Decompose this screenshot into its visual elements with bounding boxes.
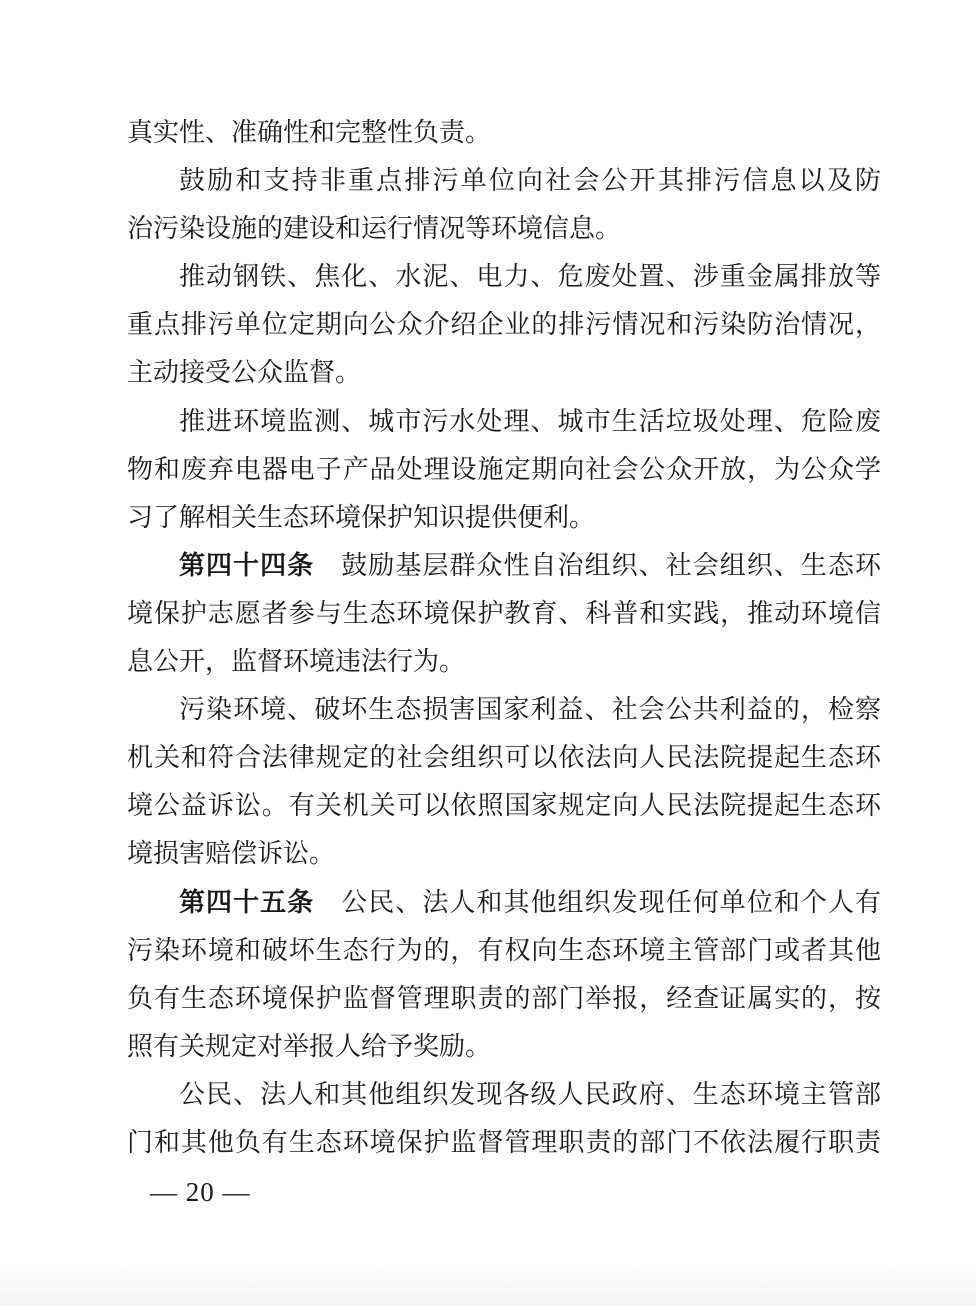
text-line: 重点排污单位定期向公众介绍企业的排污情况和污染防治情况，: [127, 301, 881, 349]
text-line: 物和废弃电器电子产品处理设施定期向社会公众开放，为公众学: [127, 446, 881, 494]
text-line: 境保护志愿者参与生态环境保护教育、科普和实践，推动环境信: [127, 590, 881, 638]
article-44-text: 鼓励基层群众性自治组织、社会组织、生态环: [314, 551, 881, 580]
text-line: 境公益诉讼。有关机关可以依照国家规定向人民法院提起生态环: [127, 782, 881, 830]
document-page: 真实性、准确性和完整性负责。 鼓励和支持非重点排污单位向社会公开其排污信息以及防…: [0, 0, 976, 1306]
text-line: 息公开，监督环境违法行为。: [127, 638, 881, 686]
text-line: 鼓励和支持非重点排污单位向社会公开其排污信息以及防: [127, 157, 881, 205]
article-45-text: 公民、法人和其他组织发现任何单位和个人有: [314, 888, 881, 917]
text-line: 境损害赔偿诉讼。: [127, 830, 881, 878]
text-line: 真实性、准确性和完整性负责。: [127, 109, 881, 157]
text-line: 机关和符合法律规定的社会组织可以依法向人民法院提起生态环: [127, 734, 881, 782]
text-line: 污染环境、破坏生态损害国家利益、社会公共利益的，检察: [127, 686, 881, 734]
article-44-opening-line: 第四十四条 鼓励基层群众性自治组织、社会组织、生态环: [127, 542, 881, 590]
document-body: 真实性、准确性和完整性负责。 鼓励和支持非重点排污单位向社会公开其排污信息以及防…: [127, 109, 881, 1167]
text-line: 门和其他负有生态环境保护监督管理职责的部门不依法履行职责: [127, 1119, 881, 1167]
article-44-number: 第四十四条: [179, 551, 314, 580]
text-line: 推进环境监测、城市污水处理、城市生活垃圾处理、危险废: [127, 398, 881, 446]
article-45-opening-line: 第四十五条 公民、法人和其他组织发现任何单位和个人有: [127, 879, 881, 927]
text-line: 治污染设施的建设和运行情况等环境信息。: [127, 205, 881, 253]
text-line: 主动接受公众监督。: [127, 349, 881, 397]
text-line: 污染环境和破坏生态行为的，有权向生态环境主管部门或者其他: [127, 927, 881, 975]
text-line: 推动钢铁、焦化、水泥、电力、危废处置、涉重金属排放等: [127, 253, 881, 301]
text-line: 负有生态环境保护监督管理职责的部门举报，经查证属实的，按: [127, 975, 881, 1023]
page-number: — 20 —: [150, 1178, 251, 1206]
text-line: 照有关规定对举报人给予奖励。: [127, 1023, 881, 1071]
text-line: 习了解相关生态环境保护知识提供便利。: [127, 494, 881, 542]
text-line: 公民、法人和其他组织发现各级人民政府、生态环境主管部: [127, 1071, 881, 1119]
page-edge-shading: [0, 1260, 976, 1306]
article-45-number: 第四十五条: [179, 888, 314, 917]
